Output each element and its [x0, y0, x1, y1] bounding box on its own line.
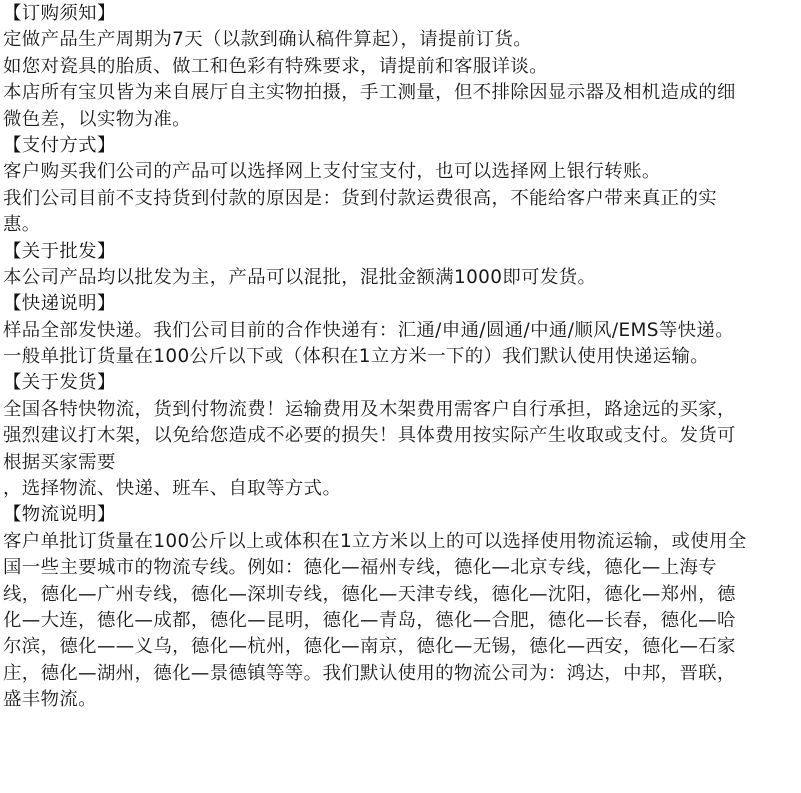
- section-shipping: 【关于发货】 全国各特快物流，货到付物流费！运输费用及木架费用需客户自行承担，路…: [3, 370, 801, 502]
- section-heading: 【关于发货】: [3, 370, 801, 396]
- paragraph-line: 根据买家需要: [3, 450, 801, 476]
- section-payment-methods: 【支付方式】 客户购买我们公司的产品可以选择网上支付宝支付，也可以选择网上银行转…: [3, 133, 801, 239]
- paragraph-line: 客户单批订货量在100公斤以上或体积在1立方米以上的可以选择使用物流运输，或使用…: [3, 529, 801, 555]
- paragraph-line: 化—大连，德化—成都，德化—昆明，德化—青岛，德化—合肥，德化—长春，德化—哈: [3, 608, 801, 634]
- paragraph-line: 线，德化—广州专线，德化—深圳专线，德化—天津专线，德化—沈阳，德化—郑州，德: [3, 582, 801, 608]
- section-heading: 【关于批发】: [3, 239, 801, 265]
- section-heading: 【快递说明】: [3, 291, 801, 317]
- paragraph-line: ，选择物流、快递、班车、自取等方式。: [3, 476, 801, 502]
- section-express-delivery: 【快递说明】 样品全部发快递。我们公司目前的合作快递有：汇通/申通/圆通/中通/…: [3, 291, 801, 370]
- paragraph-line: 微色差，以实物为准。: [3, 107, 801, 133]
- paragraph-line: 盛丰物流。: [3, 687, 801, 713]
- paragraph-line: 客户购买我们公司的产品可以选择网上支付宝支付，也可以选择网上银行转账。: [3, 159, 801, 185]
- paragraph-line: 一般单批订货量在100公斤以下或（体积在1立方米一下的）我们默认使用快递运输。: [3, 344, 801, 370]
- section-heading: 【订购须知】: [3, 1, 801, 27]
- paragraph-line: 我们公司目前不支持货到付款的原因是：货到付款运费很高，不能给客户带来真正的实: [3, 186, 801, 212]
- paragraph-line: 尔滨，德化——义乌，德化—杭州，德化—南京，德化—无锡，德化—西安，德化—石家: [3, 634, 801, 660]
- section-heading: 【支付方式】: [3, 133, 801, 159]
- section-wholesale: 【关于批发】 本公司产品均以批发为主，产品可以混批，混批金额满1000即可发货。: [3, 239, 801, 292]
- paragraph-line: 如您对瓷具的胎质、做工和色彩有特殊要求，请提前和客服详谈。: [3, 54, 801, 80]
- paragraph-line: 强烈建议打木架，以免给您造成不必要的损失！具体费用按实际产生收取或支付。发货可: [3, 423, 801, 449]
- paragraph-line: 本店所有宝贝皆为来自展厅自主实物拍摄，手工测量，但不排除因显示器及相机造成的细: [3, 80, 801, 106]
- paragraph-line: 本公司产品均以批发为主，产品可以混批，混批金额满1000即可发货。: [3, 265, 801, 291]
- paragraph-line: 样品全部发快递。我们公司目前的合作快递有：汇通/申通/圆通/中通/顺风/EMS等…: [3, 318, 801, 344]
- paragraph-line: 庄，德化—湖州，德化—景德镇等等。我们默认使用的物流公司为：鸿达，中邦，晋联，: [3, 661, 801, 687]
- section-logistics: 【物流说明】 客户单批订货量在100公斤以上或体积在1立方米以上的可以选择使用物…: [3, 502, 801, 713]
- paragraph-line: 惠。: [3, 212, 801, 238]
- paragraph-line: 定做产品生产周期为7天（以款到确认稿件算起），请提前订货。: [3, 27, 801, 53]
- paragraph-line: 全国各特快物流，货到付物流费！运输费用及木架费用需客户自行承担，路途远的买家，: [3, 397, 801, 423]
- store-policy-document: 【订购须知】 定做产品生产周期为7天（以款到确认稿件算起），请提前订货。 如您对…: [0, 0, 801, 714]
- section-ordering-notice: 【订购须知】 定做产品生产周期为7天（以款到确认稿件算起），请提前订货。 如您对…: [3, 1, 801, 133]
- paragraph-line: 国一些主要城市的物流专线。例如：德化—福州专线，德化—北京专线，德化—上海专: [3, 555, 801, 581]
- section-heading: 【物流说明】: [3, 502, 801, 528]
